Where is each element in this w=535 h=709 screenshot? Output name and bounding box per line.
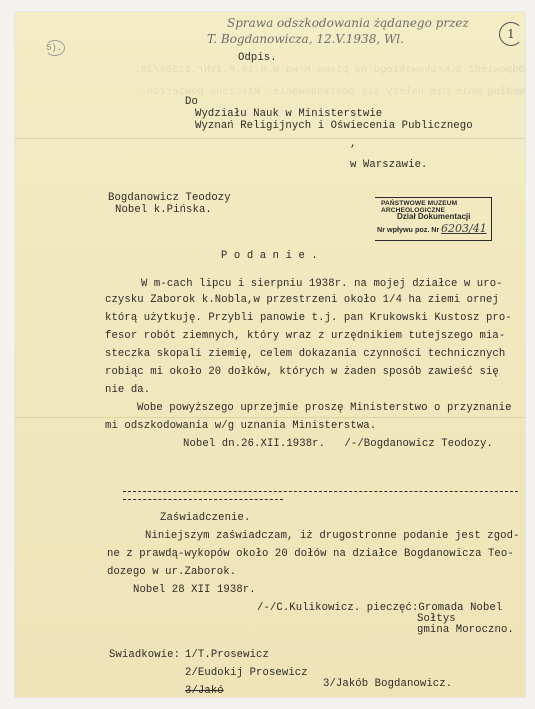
body-line: czysku Zaborok k.Nobla,w przestrzeni oko… <box>105 294 499 306</box>
body-line: fesor robót ziemnych, który wraz z urzęd… <box>105 330 505 342</box>
stamp-entry-label: Nr wpływu poz. Nr <box>377 225 439 234</box>
body-line: steczka skopali ziemię, celem dokazania … <box>105 348 505 360</box>
certificate-line: Niniejszym zaświadczam, iż drugostronne … <box>145 530 520 542</box>
sender-name: Bogdanowicz Teodozy <box>108 192 231 204</box>
sender-place: Nobel k.Pińska. <box>115 204 212 216</box>
addressee-line2: Wyznań Religijnych i Oświecenia Publiczn… <box>195 120 473 132</box>
body-line: nie da. <box>105 384 150 396</box>
certificate-line: ne z prawdą-wykopów około 20 dołów na dz… <box>107 548 514 560</box>
certificate-title: Zaświadczenie. <box>160 512 250 524</box>
document-title: P o d a n i e . <box>221 250 318 262</box>
witness-1: 1/T.Prosewicz <box>185 649 269 661</box>
addressee-to: Do <box>185 96 198 108</box>
body-line: mi odszkodowania w/g uznania Ministerstw… <box>105 420 376 432</box>
certificate-date: Nobel 28 XII 1938r. <box>133 584 256 596</box>
certificate-line: dozego w ur.Zaborok. <box>107 566 236 578</box>
body-line: którą użytkuję. Przybli panowie t.j. pan… <box>105 312 512 324</box>
addressee-comma: , <box>350 138 356 150</box>
addressee-line1: Wydziału Nauk w Ministerstwie <box>195 108 382 120</box>
paper-fold <box>15 417 525 418</box>
separator-line <box>123 499 283 500</box>
copy-label: Odpis. <box>238 52 277 64</box>
signature-line: Nobel dn.26.XII.1938r. /-/Bogdanowicz Te… <box>183 438 493 450</box>
witness-3: 3/Jakób Bogdanowicz. <box>323 678 452 690</box>
body-line: W m-cach lipcu i sierpniu 1938r. na moje… <box>141 278 503 290</box>
margin-annotation: 5). <box>45 40 65 56</box>
seal-gmina: gmina Moroczno. <box>417 624 514 636</box>
stamp-entry-number: 6203/41 <box>441 222 487 235</box>
page-number-mark: 1 <box>499 22 523 46</box>
archive-stamp: PAŃSTWOWE MUZEUM ARCHEOLOGICZNE Dział Do… <box>375 197 492 241</box>
handwritten-note-line1: Sprawa odszkodowania żądanego przez <box>227 16 469 30</box>
bleed-through-line: Odpowiedź S.Krukowskiego na pismo M-wa W… <box>45 64 525 76</box>
handwritten-note-line2: T. Bogdanowicza, 12.V.1938, Wl. <box>207 32 404 46</box>
addressee-city: w Warszawie. <box>350 159 428 171</box>
body-line: Wobe powyższego uprzejmie proszę Ministe… <box>137 402 512 414</box>
witnesses-label: Swiadkowie: <box>109 649 180 661</box>
witness-2: 2/Eudokij Prosewicz <box>185 667 308 679</box>
document-page: Odpowiedź S.Krukowskiego na pismo M-wa W… <box>15 12 525 697</box>
bleed-through-line: Według mnie nie należy się odszkodowanie… <box>45 86 525 98</box>
witness-3-struck: 3/Jakó <box>185 685 224 697</box>
separator-line <box>123 491 518 492</box>
paper-fold <box>15 138 525 139</box>
stamp-department: Dział Dokumentacji <box>397 212 470 221</box>
body-line: robiąc mi około 20 dołków, których w żad… <box>105 366 499 378</box>
certificate-signature: /-/C.Kulikowicz. pieczęć:Gromada Nobel <box>257 602 502 614</box>
